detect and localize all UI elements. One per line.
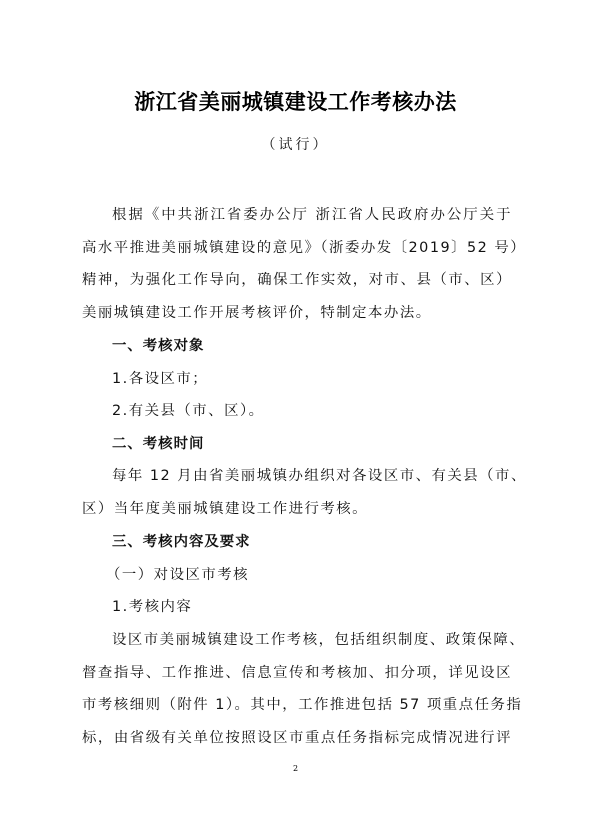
paragraph-line: 精神，为强化工作导向，确保工作实效，对市、县（市、区） (82, 270, 512, 290)
section-heading: 三、考核内容及要求 (82, 532, 512, 552)
paragraph-line: 标，由省级有关单位按照设区市重点任务指标完成情况进行评 (82, 728, 512, 748)
paragraph-line: 市考核细则（附件 1）。其中，工作推进包括 57 项重点任务指 (82, 695, 512, 715)
subsection-heading: （一）对设区市考核 (82, 565, 512, 585)
list-item: 1.各设区市； (82, 369, 512, 389)
page-number: 2 (0, 764, 591, 773)
section-heading: 二、考核时间 (82, 434, 512, 454)
list-item: 2.有关县（市、区）。 (82, 401, 512, 421)
list-item: 1.考核内容 (82, 597, 512, 617)
paragraph-line: 根据《中共浙江省委办公厅 浙江省人民政府办公厅关于 (82, 205, 512, 225)
document-page: 浙江省美丽城镇建设工作考核办法 （试行） 根据《中共浙江省委办公厅 浙江省人民政… (0, 0, 591, 836)
paragraph-line: 美丽城镇建设工作开展考核评价，特制定本办法。 (82, 303, 512, 323)
paragraph-line: 高水平推进美丽城镇建设的意见》（浙委办发〔2019〕52 号） (82, 238, 512, 258)
paragraph-line: 区）当年度美丽城镇建设工作进行考核。 (82, 499, 512, 519)
paragraph-line: 每年 12 月由省美丽城镇办组织对各设区市、有关县（市、 (82, 466, 512, 486)
document-subtitle: （试行） (0, 134, 591, 154)
paragraph-line: 设区市美丽城镇建设工作考核，包括组织制度、政策保障、 (82, 630, 512, 650)
document-title: 浙江省美丽城镇建设工作考核办法 (0, 86, 591, 116)
section-heading: 一、考核对象 (82, 336, 512, 356)
paragraph-line: 督查指导、工作推进、信息宣传和考核加、扣分项，详见设区 (82, 663, 512, 683)
